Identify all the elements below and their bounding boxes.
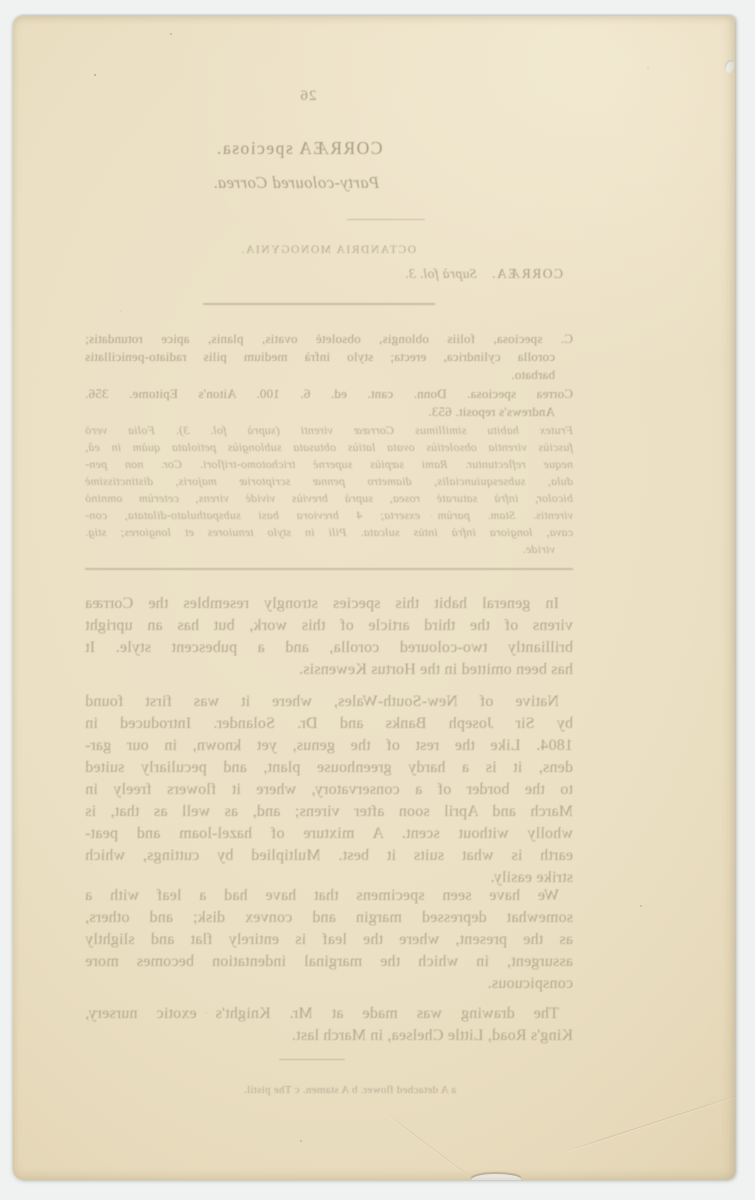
text-block: 26 CORRÆA speciosa. Party-coloured Corre…: [85, 16, 573, 1180]
text-line: viride.: [85, 541, 573, 558]
text-line: King's Road, Little Chelsea, in March la…: [85, 1025, 573, 1047]
divider-rule-short-bottom: [279, 1059, 345, 1060]
paper-sheet: 26 CORRÆA speciosa. Party-coloured Corre…: [13, 16, 735, 1180]
text-line: dula, subsesquiuncialis, diametro pennæ …: [85, 473, 573, 490]
text-line: We have seen specimens that have had a l…: [85, 885, 573, 907]
text-line: conspicuous.: [85, 973, 573, 995]
text-line: Frutex habitu simillimus Corrææ virenti …: [85, 422, 573, 439]
latin-description: Frutex habitu simillimus Corrææ virenti …: [85, 422, 573, 558]
text-line: fusciùs virentia obsoletiùs ovata latiùs…: [85, 439, 573, 456]
genus-name: CORRÆA.: [491, 266, 563, 281]
text-line: cava, longiora infrà intùs sulcata. Pili…: [85, 524, 573, 541]
text-line: In general habit this species strongly r…: [85, 593, 573, 615]
text-line: bicolor, infrà saturatè rosea, suprà bre…: [85, 490, 573, 507]
english-paragraph-2: Native of New-South-Wales, where it was …: [85, 691, 573, 889]
showthrough-text-layer: 26 CORRÆA speciosa. Party-coloured Corre…: [13, 16, 735, 1180]
synonymy-citations: Correa speciosa. Donn. cant. ed. 6. 100.…: [85, 385, 573, 421]
text-line: dens, it is a hardy greenhouse plant, an…: [85, 757, 573, 779]
english-paragraph-1: In general habit this species strongly r…: [85, 593, 573, 681]
text-line: 1804. Like the rest of the genus, yet kn…: [85, 735, 573, 757]
text-line: to the border of a conservatory, where i…: [85, 779, 573, 801]
text-line: Correa speciosa. Donn. cant. ed. 6. 100.…: [85, 385, 573, 403]
article-title: CORRÆA speciosa.: [216, 138, 383, 159]
text-line: virens of the third article of this work…: [85, 615, 573, 637]
text-line: Andrews's reposit. 653.: [85, 403, 573, 421]
linnaean-class-heading: OCTANDRIA MONOGYNIA.: [240, 244, 416, 256]
text-line: assurgent, in which the marginal indenta…: [85, 951, 573, 973]
text-line: Native of New-South-Wales, where it was …: [85, 691, 573, 713]
text-line: March and April soon after virens; and, …: [85, 801, 573, 823]
text-line: barbato.: [85, 366, 573, 384]
text-line: brilliantly two-coloured corolla, and a …: [85, 637, 573, 659]
divider-rule-short-top: [347, 219, 425, 220]
text-line: by Sir Joseph Banks and Dr. Solander. In…: [85, 713, 573, 735]
divider-rule-under-heading: [203, 303, 435, 305]
text-line: virentis. Stam. parùm exserta; 4 brevior…: [85, 507, 573, 524]
text-line: has been omitted in the Hortus Kewensis.: [85, 659, 573, 681]
genus-folio-reference: Suprà fol. 3.: [405, 266, 477, 281]
genus-reference-line: CORRÆA.Suprà fol. 3.: [75, 266, 563, 282]
book-page-scan: 26 CORRÆA speciosa. Party-coloured Corre…: [0, 0, 755, 1200]
text-line: wholly without scent. A mixture of hazel…: [85, 823, 573, 845]
text-line: The drawing was made at Mr. Knight's exo…: [85, 1003, 573, 1025]
text-line: corolla cylindrica, erecta; stylo infrà …: [85, 348, 573, 366]
latin-diagnosis: C. speciosa, foliis oblongis, obsoletè o…: [85, 330, 573, 384]
page-number: 26: [300, 88, 317, 105]
article-subtitle: Party-coloured Correa.: [213, 173, 380, 193]
text-line: earth is what suits it best. Multiplied …: [85, 845, 573, 867]
text-line: C. speciosa, foliis oblongis, obsoletè o…: [85, 330, 573, 348]
english-paragraph-4: The drawing was made at Mr. Knight's exo…: [85, 1003, 573, 1047]
plate-key-footnote: a A detached flower. b A stamen. c The p…: [244, 1084, 457, 1096]
text-line: as the present, where the leaf is entire…: [85, 929, 573, 951]
divider-rule-full-width: [85, 568, 573, 570]
text-line: neque reflectuntur. Rami sæpiùs supernè …: [85, 456, 573, 473]
english-paragraph-3: We have seen specimens that have had a l…: [85, 885, 573, 995]
text-line: somewhat depressed margin and convex dis…: [85, 907, 573, 929]
